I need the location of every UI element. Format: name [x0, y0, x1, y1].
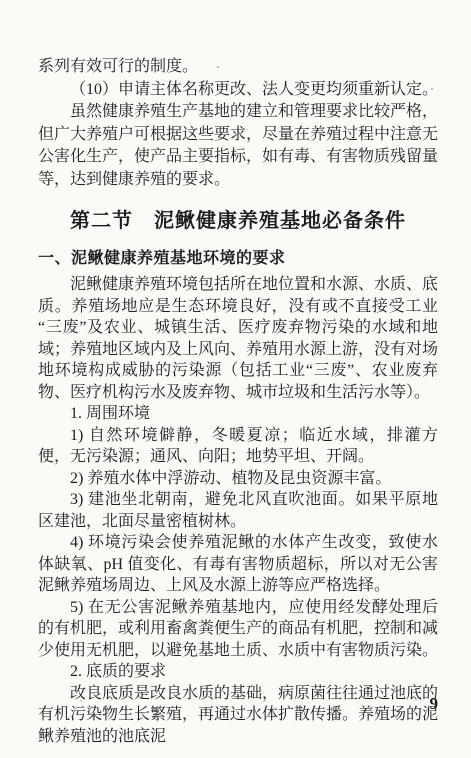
page-content: 系列有效可行的制度。 （10）申请主体名称更改、法人变更均须重新认定。 虽然健康… [38, 56, 438, 747]
list-item-1-point-3: 3) 建池坐北朝南，避免北风直吹池面。如果平原地区建池，北面尽量密植树林。 [38, 489, 438, 532]
list-item-1-point-1: 1) 自然环境僻静，冬暖夏凉；临近水域，排灌方便，无污染源；通风、向阳；地势平坦… [38, 425, 438, 468]
scan-speck [217, 66, 219, 68]
page-number: 9 [430, 695, 439, 713]
book-page: 系列有效可行的制度。 （10）申请主体名称更改、法人变更均须重新认定。 虽然健康… [0, 0, 471, 758]
scan-speck [431, 88, 433, 90]
paragraph-bottom-quality: 改良底质是改良水质的基础，病原菌往往通过池底的有机污染物生长繁殖，再通过水体扩散… [38, 683, 438, 748]
paragraph-although: 虽然健康养殖生产基地的建立和管理要求比较严格，但广大养殖户可根据这些要求，尽量在… [38, 101, 438, 191]
list-item-1-point-2: 2) 养殖水体中浮游动、植物及昆虫资源丰富。 [38, 468, 438, 490]
list-item-1-heading: 1. 周围环境 [38, 403, 438, 425]
chapter-heading: 第二节 泥鳅健康养殖基地必备条件 [38, 206, 438, 236]
list-item-1-point-4: 4) 环境污染会使养殖泥鳅的水体产生改变，致使水体缺氧、pH 值变化、有毒有害物… [38, 532, 438, 597]
section-heading: 一、泥鳅健康养殖基地环境的要求 [38, 247, 438, 271]
list-item-1-point-5: 5) 在无公害泥鳅养殖基地内，应使用经发酵处理后的有机肥，或利用畜禽粪便生产的商… [38, 597, 438, 662]
paragraph-continuation: 系列有效可行的制度。 [38, 56, 438, 79]
scan-speck [80, 700, 82, 701]
section-body: 泥鳅健康养殖环境包括所在地位置和水源、水质、底质。养殖场地应是生态环境良好，没有… [38, 274, 438, 747]
paragraph-item10: （10）申请主体名称更改、法人变更均须重新认定。 [38, 79, 438, 102]
paragraph-environment: 泥鳅健康养殖环境包括所在地位置和水源、水质、底质。养殖场地应是生态环境良好，没有… [38, 274, 438, 403]
scan-speck [243, 630, 245, 632]
list-item-2-heading: 2. 底质的要求 [38, 661, 438, 683]
